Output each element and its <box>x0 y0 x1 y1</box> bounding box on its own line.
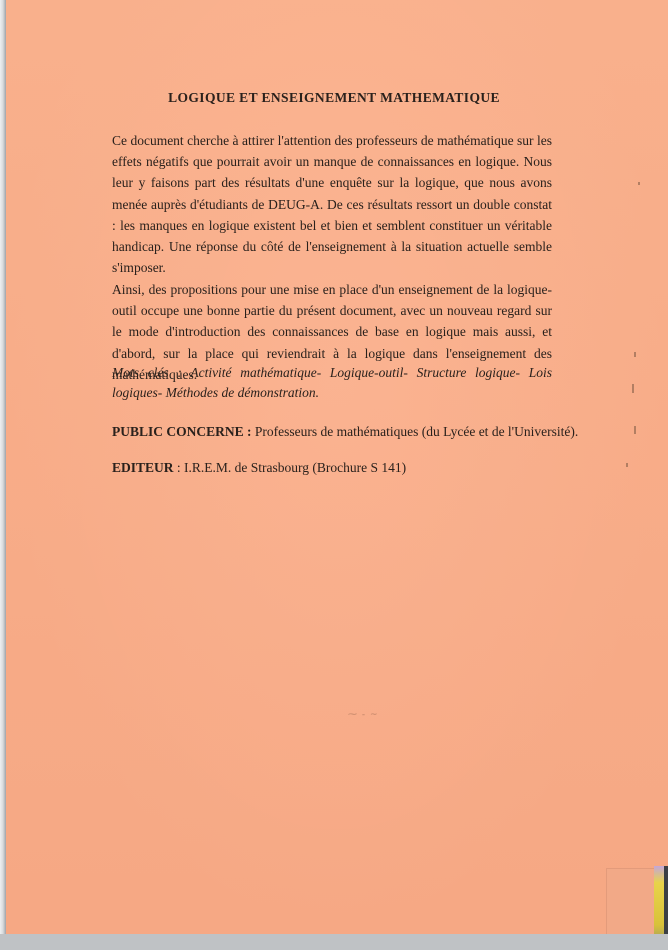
editeur-label: EDITEUR <box>112 460 174 475</box>
scan-smudge: ⁓ ‑ ~ <box>348 710 398 724</box>
scan-speck <box>638 182 640 185</box>
editeur-value: : I.R.E.M. de Strasbourg (Brochure S 141… <box>174 460 407 475</box>
public-concerne-label: PUBLIC CONCERNE : <box>112 424 252 439</box>
abstract-paragraph-1: Ce document cherche à attirer l'attentio… <box>112 130 552 278</box>
scan-speck <box>634 426 636 434</box>
scan-speck <box>632 384 634 393</box>
scan-speck <box>626 463 628 467</box>
public-concerne-line: PUBLIC CONCERNE : Professeurs de mathéma… <box>112 424 578 440</box>
public-concerne-value: Professeurs de mathématiques (du Lycée e… <box>252 424 579 439</box>
paper-tab-patch <box>606 868 655 935</box>
keywords: Mots clés : Activité mathématique- Logiq… <box>112 363 552 403</box>
scan-bottom-band <box>0 934 668 950</box>
document-title: LOGIQUE ET ENSEIGNEMENT MATHEMATIQUE <box>0 90 668 106</box>
scan-speck <box>634 352 636 357</box>
editeur-line: EDITEUR : I.R.E.M. de Strasbourg (Brochu… <box>112 460 406 476</box>
